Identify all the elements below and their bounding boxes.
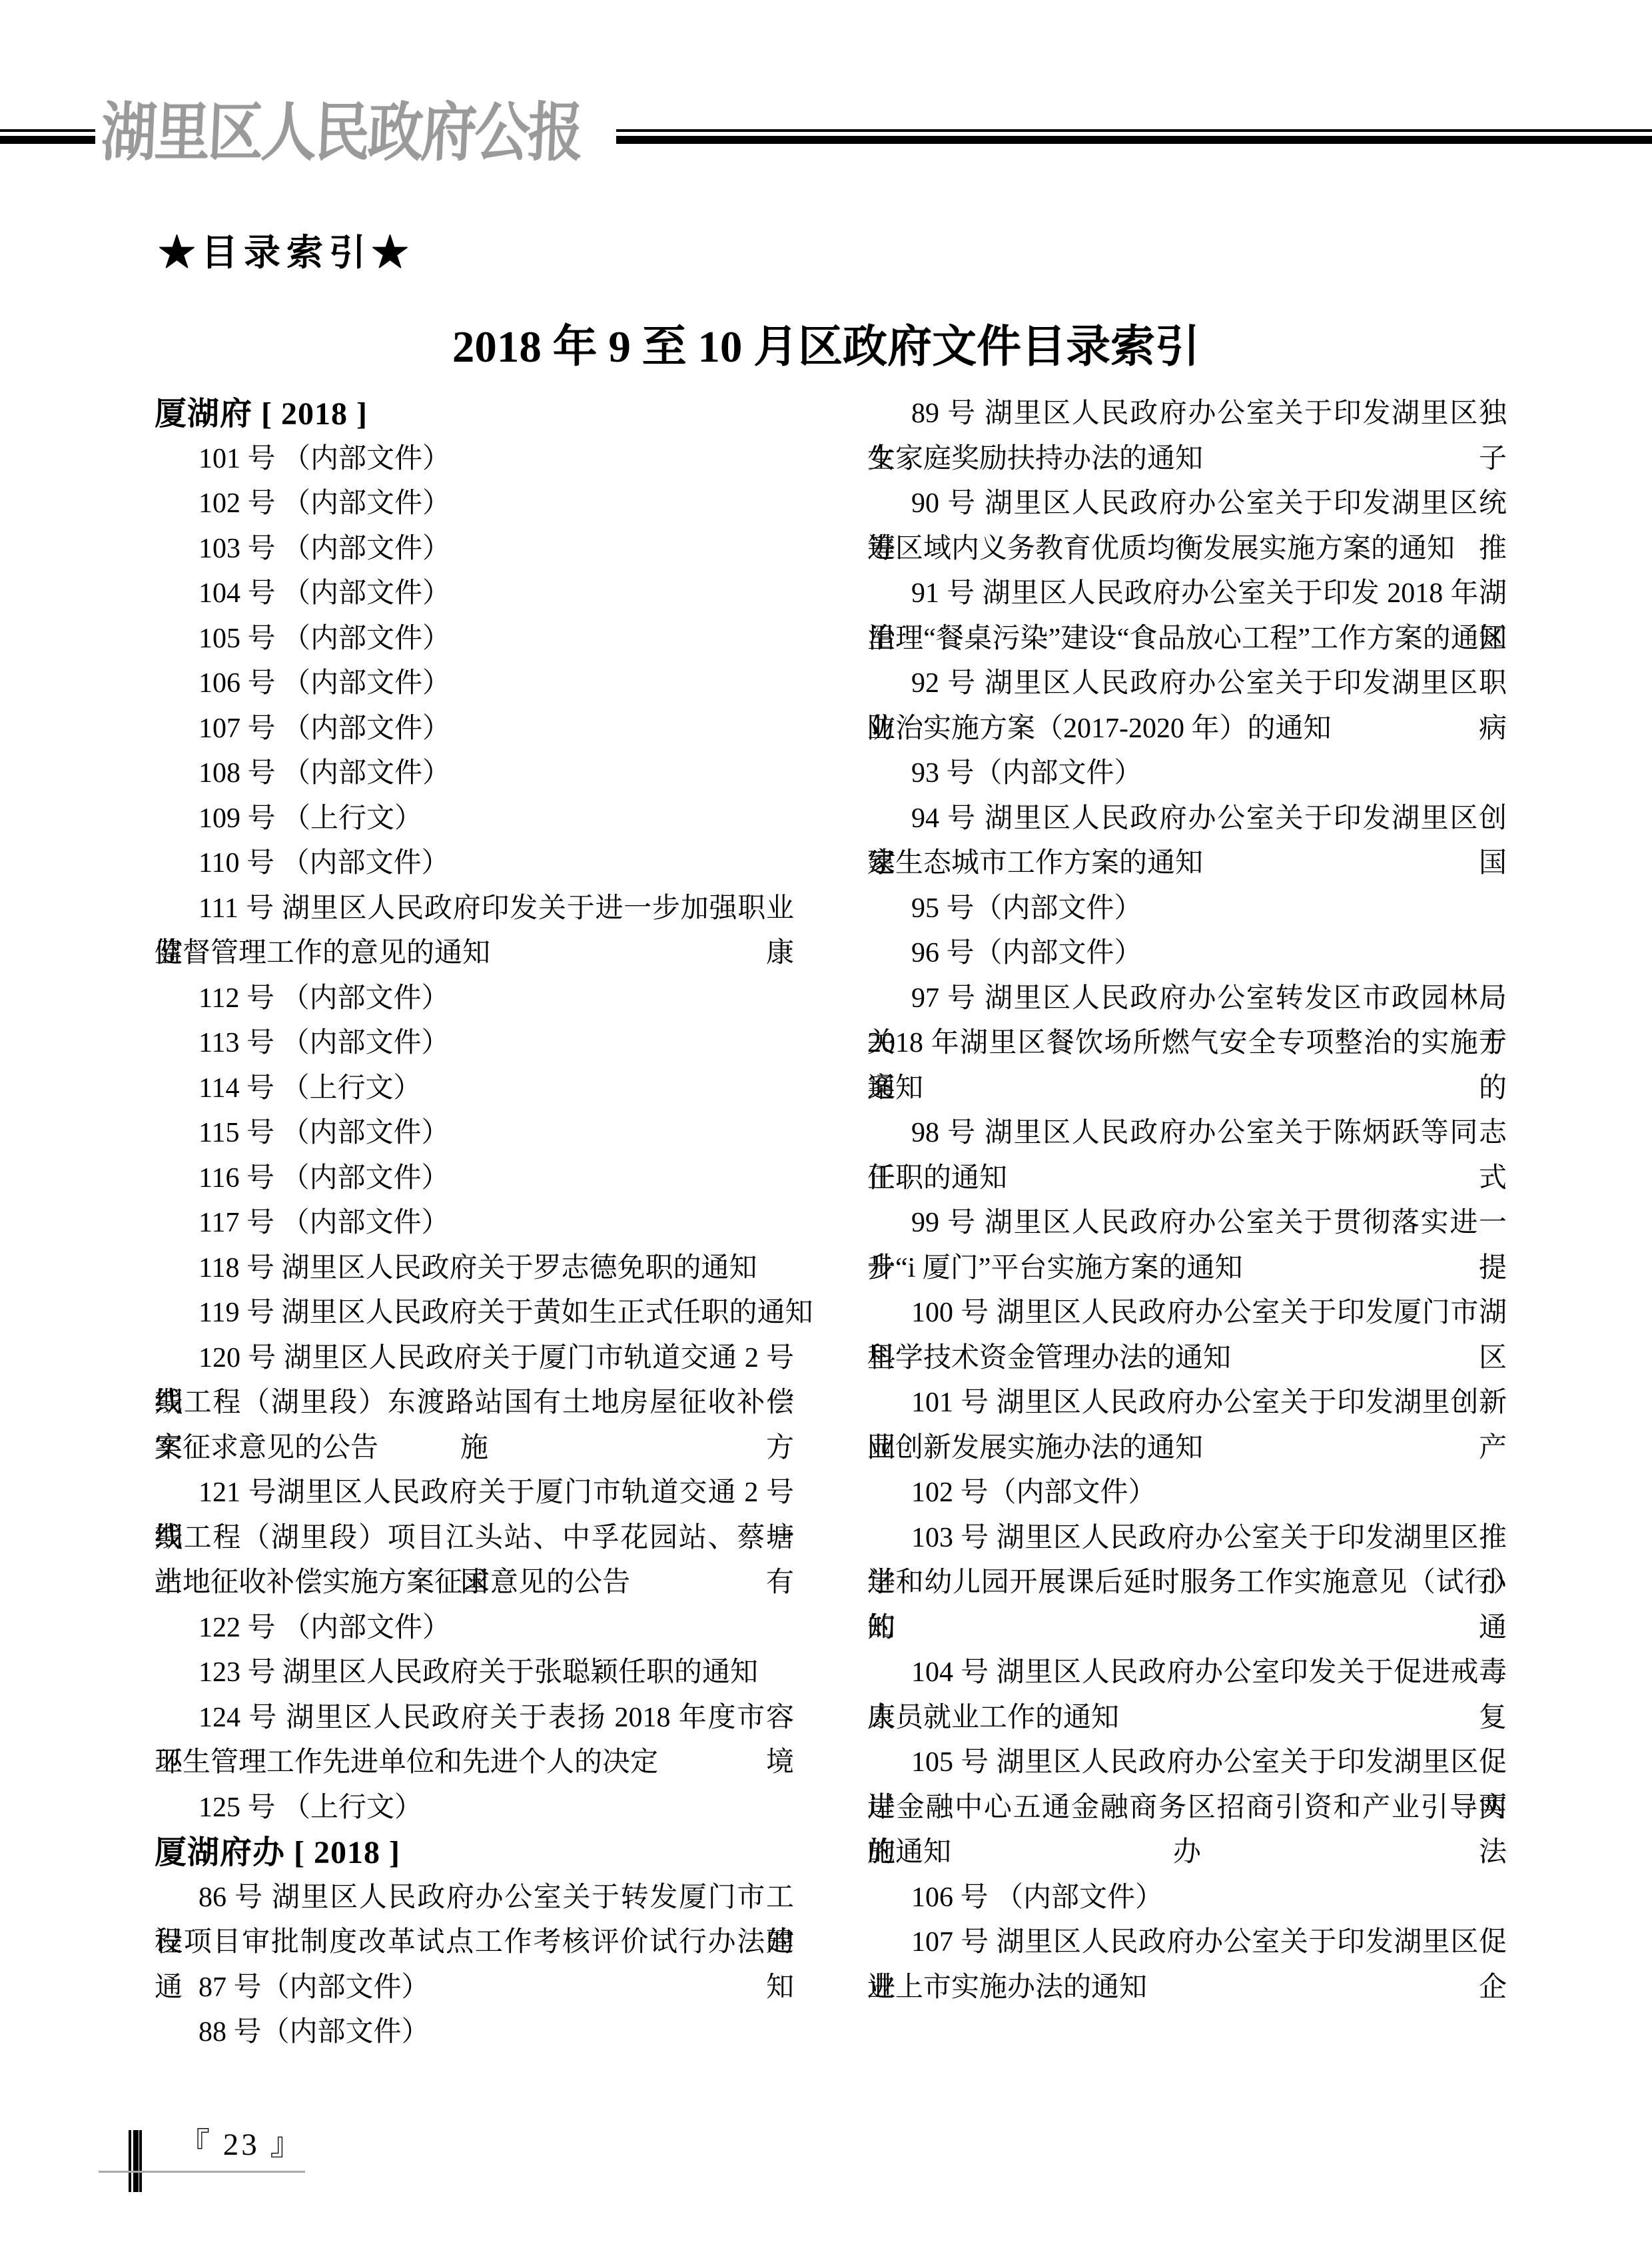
- toc-line: 112 号 （内部文件）: [155, 976, 794, 1022]
- toc-line: 125 号 （上行文）: [155, 1786, 794, 1831]
- toc-line: 设项目审批制度改革试点工作考核评价试行办法的通知: [155, 1920, 794, 1966]
- toc-line: 91 号 湖里区人民政府办公室关于印发 2018 年湖里区: [867, 571, 1507, 617]
- toc-line: 岸金融中心五通金融商务区招商引资和产业引导实施办法: [867, 1786, 1507, 1831]
- toc-column-left: 厦湖府 [ 2018 ]101 号 （内部文件）102 号 （内部文件）103 …: [155, 392, 794, 2055]
- page-number: 『 23 』: [179, 2126, 304, 2163]
- toc-line: 86 号 湖里区人民政府办公室关于转发厦门市工程建: [155, 1876, 794, 1921]
- toc-line: 120 号 湖里区人民政府关于厦门市轨道交通 2 号线一: [155, 1336, 794, 1381]
- gazette-page: 湖里区人民政府公报 ★目录索引★ 2018 年 9 至 10 月区政府文件目录索…: [0, 0, 1652, 2242]
- footer-rule: [99, 2171, 305, 2173]
- toc-line: 111 号 湖里区人民政府印发关于进一步加强职业健康: [155, 887, 794, 932]
- toc-line: 97 号 湖里区人民政府办公室转发区市政园林局关于: [867, 976, 1507, 1022]
- toc-line: 89 号 湖里区人民政府办公室关于印发湖里区独生子: [867, 392, 1507, 437]
- toc-line: 105 号 （内部文件）: [155, 617, 794, 662]
- page-title: 2018 年 9 至 10 月区政府文件目录索引: [0, 325, 1652, 370]
- toc-columns: 厦湖府 [ 2018 ]101 号 （内部文件）102 号 （内部文件）103 …: [155, 392, 1507, 2055]
- masthead: 湖里区人民政府公报: [0, 0, 1652, 200]
- toc-line: 92 号 湖里区人民政府办公室关于印发湖里区职业病: [867, 661, 1507, 707]
- toc-line: 103 号 （内部文件）: [155, 527, 794, 572]
- footer-bar-icon: [139, 2130, 142, 2192]
- toc-line: 108 号 （内部文件）: [155, 751, 794, 797]
- masthead-title: 湖里区人民政府公报: [100, 101, 583, 165]
- toc-line: 103 号 湖里区人民政府办公室关于印发湖里区推进小: [867, 1516, 1507, 1561]
- toc-line: 期工程（湖里段）东渡路站国有土地房屋征收补偿实施方: [155, 1381, 794, 1426]
- toc-line: 119 号 湖里区人民政府关于黄如生正式任职的通知: [155, 1291, 794, 1336]
- toc-section-heading: 厦湖府办 [ 2018 ]: [155, 1830, 794, 1876]
- toc-line: 107 号 （内部文件）: [155, 707, 794, 752]
- footer-bar-icon: [133, 2130, 139, 2192]
- toc-line: 105 号 湖里区人民政府办公室关于印发湖里区促进两: [867, 1740, 1507, 1786]
- toc-line: 117 号 （内部文件）: [155, 1201, 794, 1246]
- toc-line: 88 号（内部文件）: [155, 2010, 794, 2055]
- toc-line: 101 号 湖里区人民政府办公室关于印发湖里创新园产: [867, 1381, 1507, 1426]
- toc-line: 104 号 湖里区人民政府办公室印发关于促进戒毒康复: [867, 1651, 1507, 1696]
- masthead-rule-right-thin: [616, 129, 1652, 132]
- toc-line: 2018 年湖里区餐饮场所燃气安全专项整治的实施方案的: [867, 1021, 1507, 1066]
- toc-line: 95 号（内部文件）: [867, 887, 1507, 932]
- toc-line: 106 号 （内部文件）: [155, 661, 794, 707]
- toc-line: 107 号 湖里区人民政府办公室关于印发湖里区促进企: [867, 1920, 1507, 1966]
- toc-line: 102 号 （内部文件）: [155, 482, 794, 527]
- toc-column-right: 89 号 湖里区人民政府办公室关于印发湖里区独生子女家庭奖励扶持办法的通知90 …: [867, 392, 1507, 2055]
- toc-line: 96 号（内部文件）: [867, 931, 1507, 976]
- toc-line: 90 号 湖里区人民政府办公室关于印发湖里区统筹推: [867, 482, 1507, 527]
- toc-line: 114 号 （上行文）: [155, 1066, 794, 1112]
- toc-line: 106 号 （内部文件）: [867, 1876, 1507, 1921]
- toc-line: 109 号 （上行文）: [155, 797, 794, 842]
- masthead-rule-right-thick: [616, 136, 1652, 144]
- toc-line: 124 号 湖里区人民政府关于表扬 2018 年度市容环境: [155, 1696, 794, 1741]
- toc-line: 115 号 （内部文件）: [155, 1111, 794, 1156]
- toc-line: 118 号 湖里区人民政府关于罗志德免职的通知: [155, 1246, 794, 1292]
- toc-line: 110 号 （内部文件）: [155, 841, 794, 887]
- index-section-marker: ★目录索引★: [159, 234, 414, 271]
- toc-line: 学和幼儿园开展课后延时服务工作实施意见（试行）的通: [867, 1561, 1507, 1606]
- toc-line: 122 号 （内部文件）: [155, 1606, 794, 1651]
- masthead-rule-left-thin: [0, 129, 95, 132]
- toc-line: 治理“餐桌污染”建设“食品放心工程”工作方案的通知: [867, 617, 1507, 662]
- masthead-rule-left-thick: [0, 136, 95, 144]
- toc-line: 94 号 湖里区人民政府办公室关于印发湖里区创建国: [867, 797, 1507, 842]
- toc-line: 93 号（内部文件）: [867, 751, 1507, 797]
- toc-line: 99 号 湖里区人民政府办公室关于贯彻落实进一步提: [867, 1201, 1507, 1246]
- toc-line: 102 号（内部文件）: [867, 1471, 1507, 1516]
- toc-line: 113 号 （内部文件）: [155, 1021, 794, 1066]
- toc-line: 进区域内义务教育优质均衡发展实施方案的通知: [867, 527, 1507, 572]
- toc-line: 期工程（湖里段）项目江头站、中孚花园站、蔡塘站国有: [155, 1516, 794, 1561]
- footer-bar-icon: [129, 2130, 131, 2192]
- toc-line: 101 号 （内部文件）: [155, 437, 794, 482]
- toc-section-heading: 厦湖府 [ 2018 ]: [155, 392, 794, 437]
- toc-line: 98 号 湖里区人民政府办公室关于陈炳跃等同志正式: [867, 1111, 1507, 1156]
- toc-line: 116 号 （内部文件）: [155, 1156, 794, 1202]
- toc-line: 104 号 （内部文件）: [155, 571, 794, 617]
- toc-line: 121 号湖里区人民政府关于厦门市轨道交通 2 号线一: [155, 1471, 794, 1516]
- toc-line: 100 号 湖里区人民政府办公室关于印发厦门市湖里区: [867, 1291, 1507, 1336]
- toc-line: 123 号 湖里区人民政府关于张聪颖任职的通知: [155, 1651, 794, 1696]
